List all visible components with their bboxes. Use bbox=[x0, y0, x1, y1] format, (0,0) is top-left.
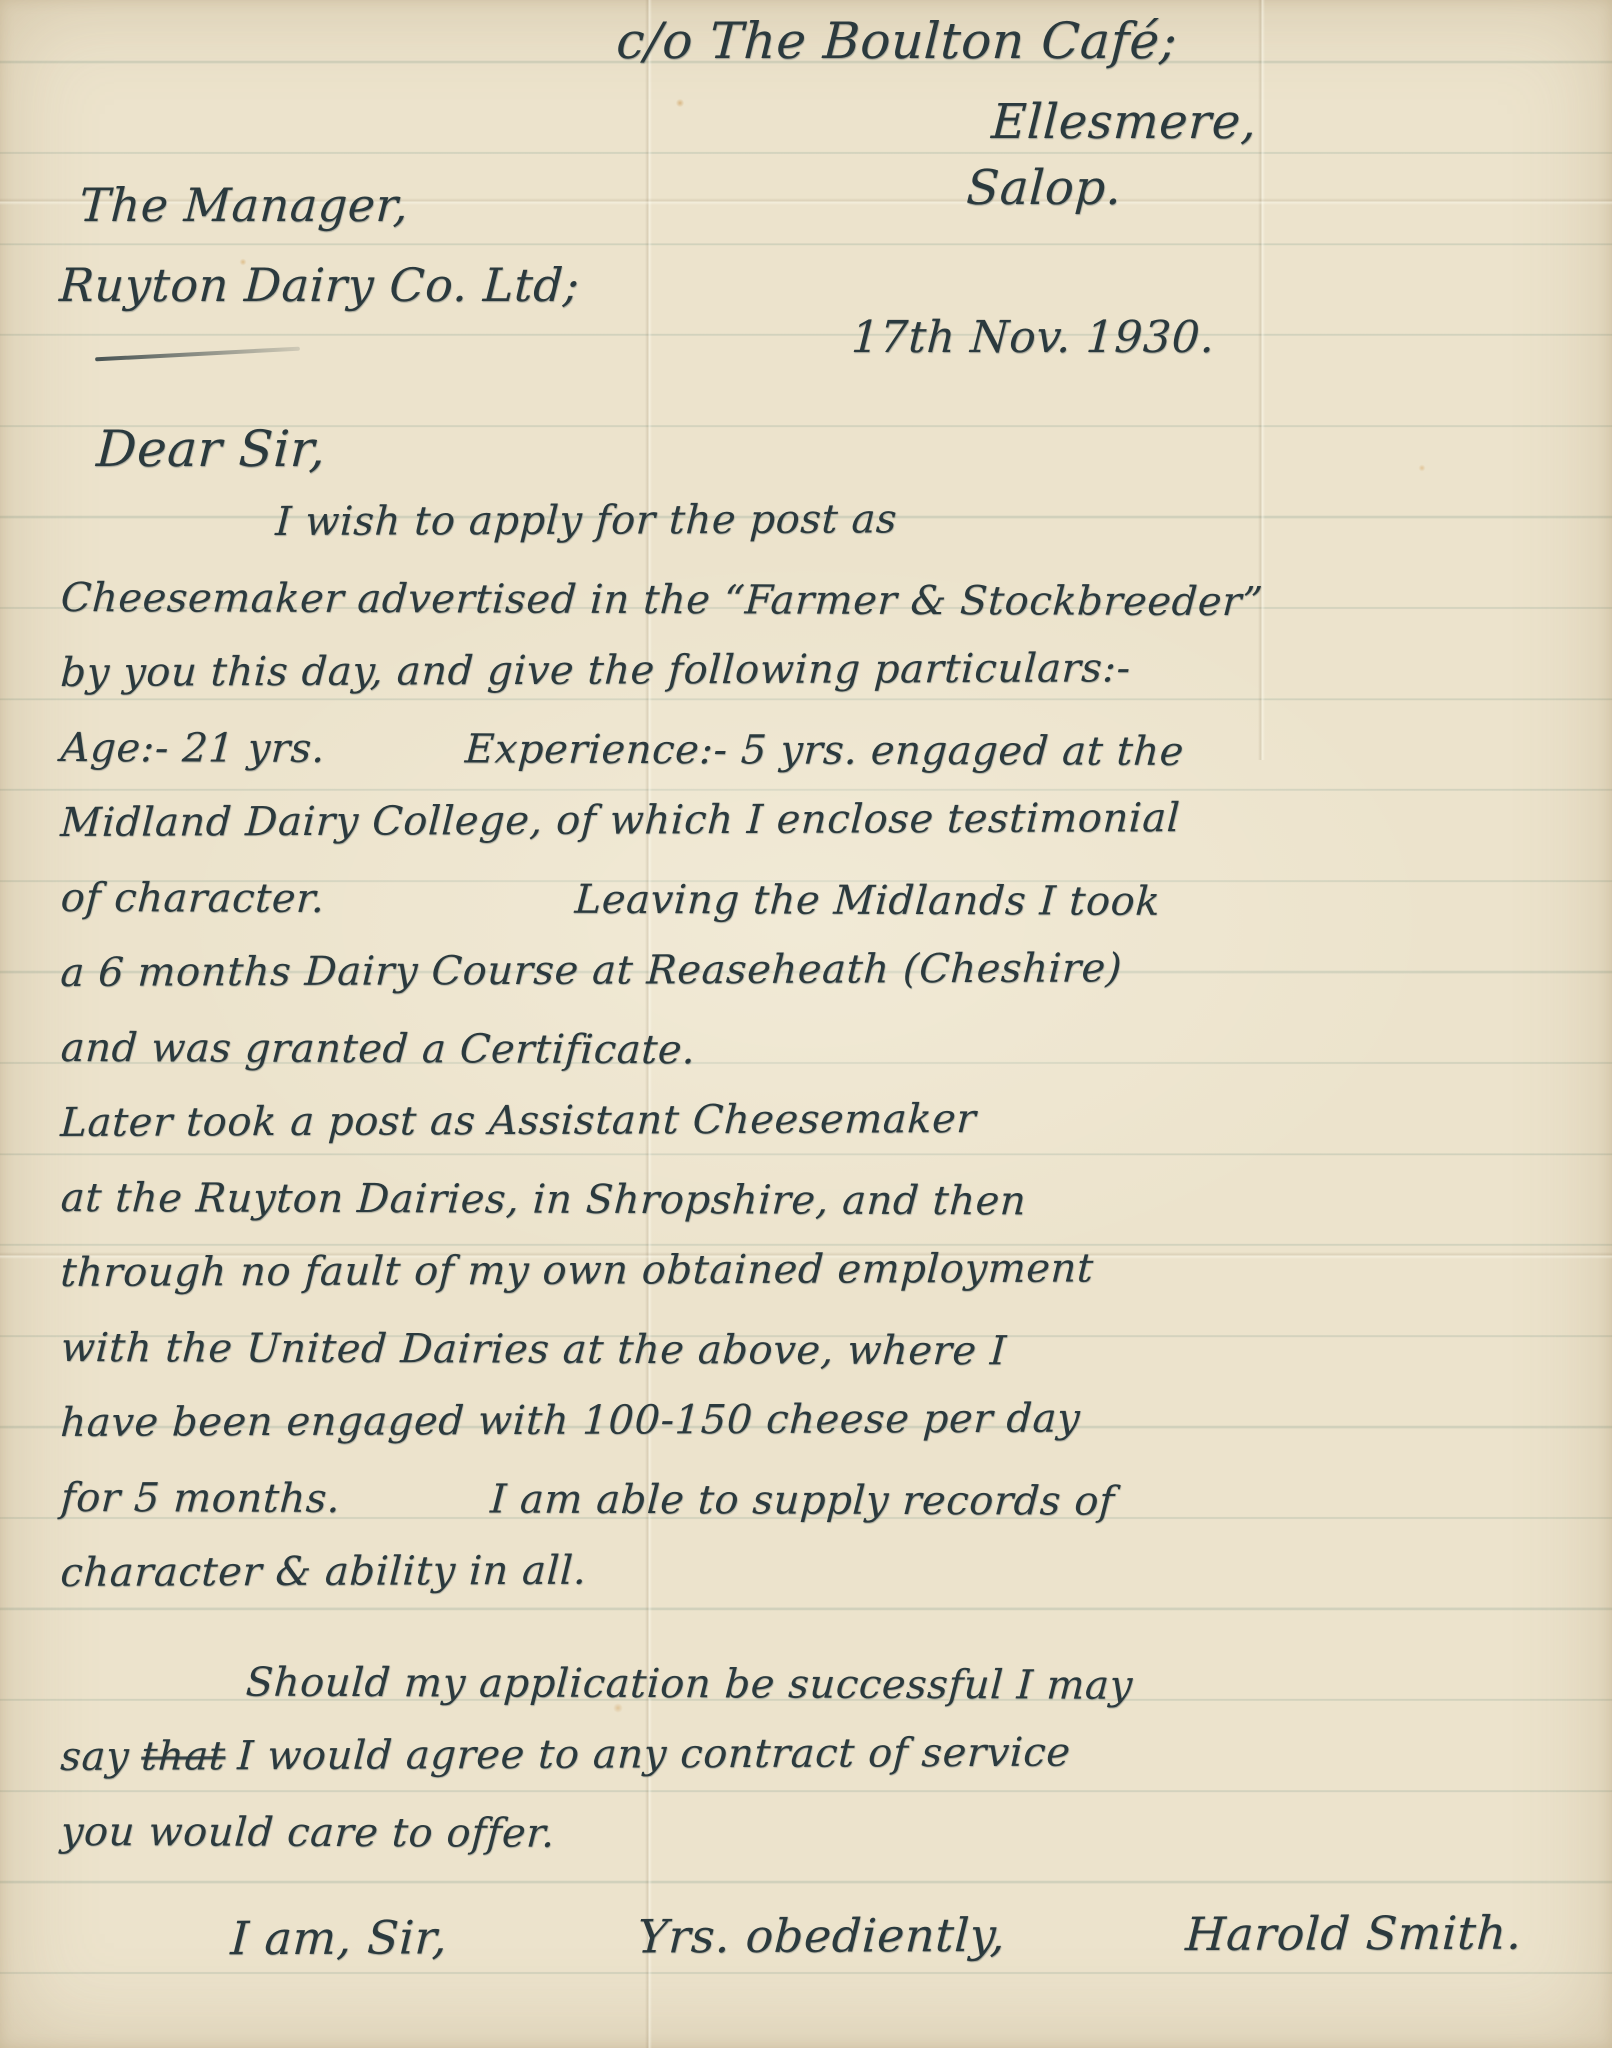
sender-address-care-of: c/o The Boulton Café; bbox=[615, 12, 1179, 70]
body-line: saythatI would agree to any contract of … bbox=[58, 1727, 1586, 1809]
closing-valediction: Yrs. obediently, bbox=[636, 1908, 1007, 1964]
body-segment: for 5 months. bbox=[60, 1475, 342, 1522]
body-line: Midland Dairy College, of which I enclos… bbox=[58, 793, 1586, 875]
body-line: a 6 months Dairy Course at Reaseheath (C… bbox=[58, 943, 1586, 1025]
body-line: you would care to offer. bbox=[58, 1809, 1586, 1889]
body-line: Cheesemaker advertised in the “Farmer & … bbox=[58, 575, 1586, 655]
letter-page: c/o The Boulton Café; Ellesmere, Salop. … bbox=[0, 0, 1612, 2048]
signature: Harold Smith. bbox=[1184, 1906, 1523, 1961]
sender-address-town: Ellesmere, bbox=[990, 94, 1258, 150]
body-line: character & ability in all. bbox=[58, 1543, 1586, 1625]
letter-date: 17th Nov. 1930. bbox=[850, 312, 1216, 363]
letter-body: I wish to apply for the post as Cheesema… bbox=[58, 500, 1582, 1992]
body-line: I wish to apply for the post as bbox=[58, 493, 1586, 575]
body-line: through no fault of my own obtained empl… bbox=[58, 1243, 1586, 1325]
underline-flourish bbox=[95, 347, 300, 362]
sender-address-county: Salop. bbox=[965, 160, 1123, 216]
body-segment: Leaving the Midlands I took bbox=[574, 877, 1162, 925]
body-line: Should my application be successful I ma… bbox=[58, 1659, 1586, 1739]
body-segment: I am able to supply records of bbox=[489, 1476, 1116, 1524]
closing-row: I am, Sir,Yrs. obediently,Harold Smith. bbox=[58, 1905, 1586, 1992]
body-line: of character.Leaving the Midlands I took bbox=[58, 875, 1586, 955]
body-segment: of character. bbox=[60, 875, 327, 922]
body-line: for 5 months.I am able to supply records… bbox=[58, 1475, 1586, 1555]
body-line: Later took a post as Assistant Cheesemak… bbox=[58, 1093, 1586, 1175]
body-line: have been engaged with 100-150 cheese pe… bbox=[58, 1393, 1586, 1475]
salutation: Dear Sir, bbox=[95, 420, 327, 478]
age-detail: Age:- 21 yrs. bbox=[60, 725, 327, 772]
recipient-company: Ruyton Dairy Co. Ltd; bbox=[58, 258, 581, 312]
struck-word: that bbox=[140, 1733, 226, 1779]
body-line: at the Ruyton Dairies, in Shropshire, an… bbox=[58, 1175, 1586, 1255]
experience-detail: Experience:- 5 yrs. engaged at the bbox=[464, 726, 1185, 775]
body-segment: say bbox=[59, 1734, 130, 1780]
closing-i-am: I am, Sir, bbox=[229, 1910, 449, 1965]
body-line: with the United Dairies at the above, wh… bbox=[58, 1325, 1586, 1405]
body-line: and was granted a Certificate. bbox=[58, 1025, 1586, 1105]
recipient-title: The Manager, bbox=[78, 178, 410, 232]
body-line: Age:- 21 yrs.Experience:- 5 yrs. engaged… bbox=[58, 725, 1586, 805]
body-segment: I would agree to any contract of service bbox=[236, 1730, 1071, 1780]
body-line: by you this day, and give the following … bbox=[58, 643, 1586, 725]
